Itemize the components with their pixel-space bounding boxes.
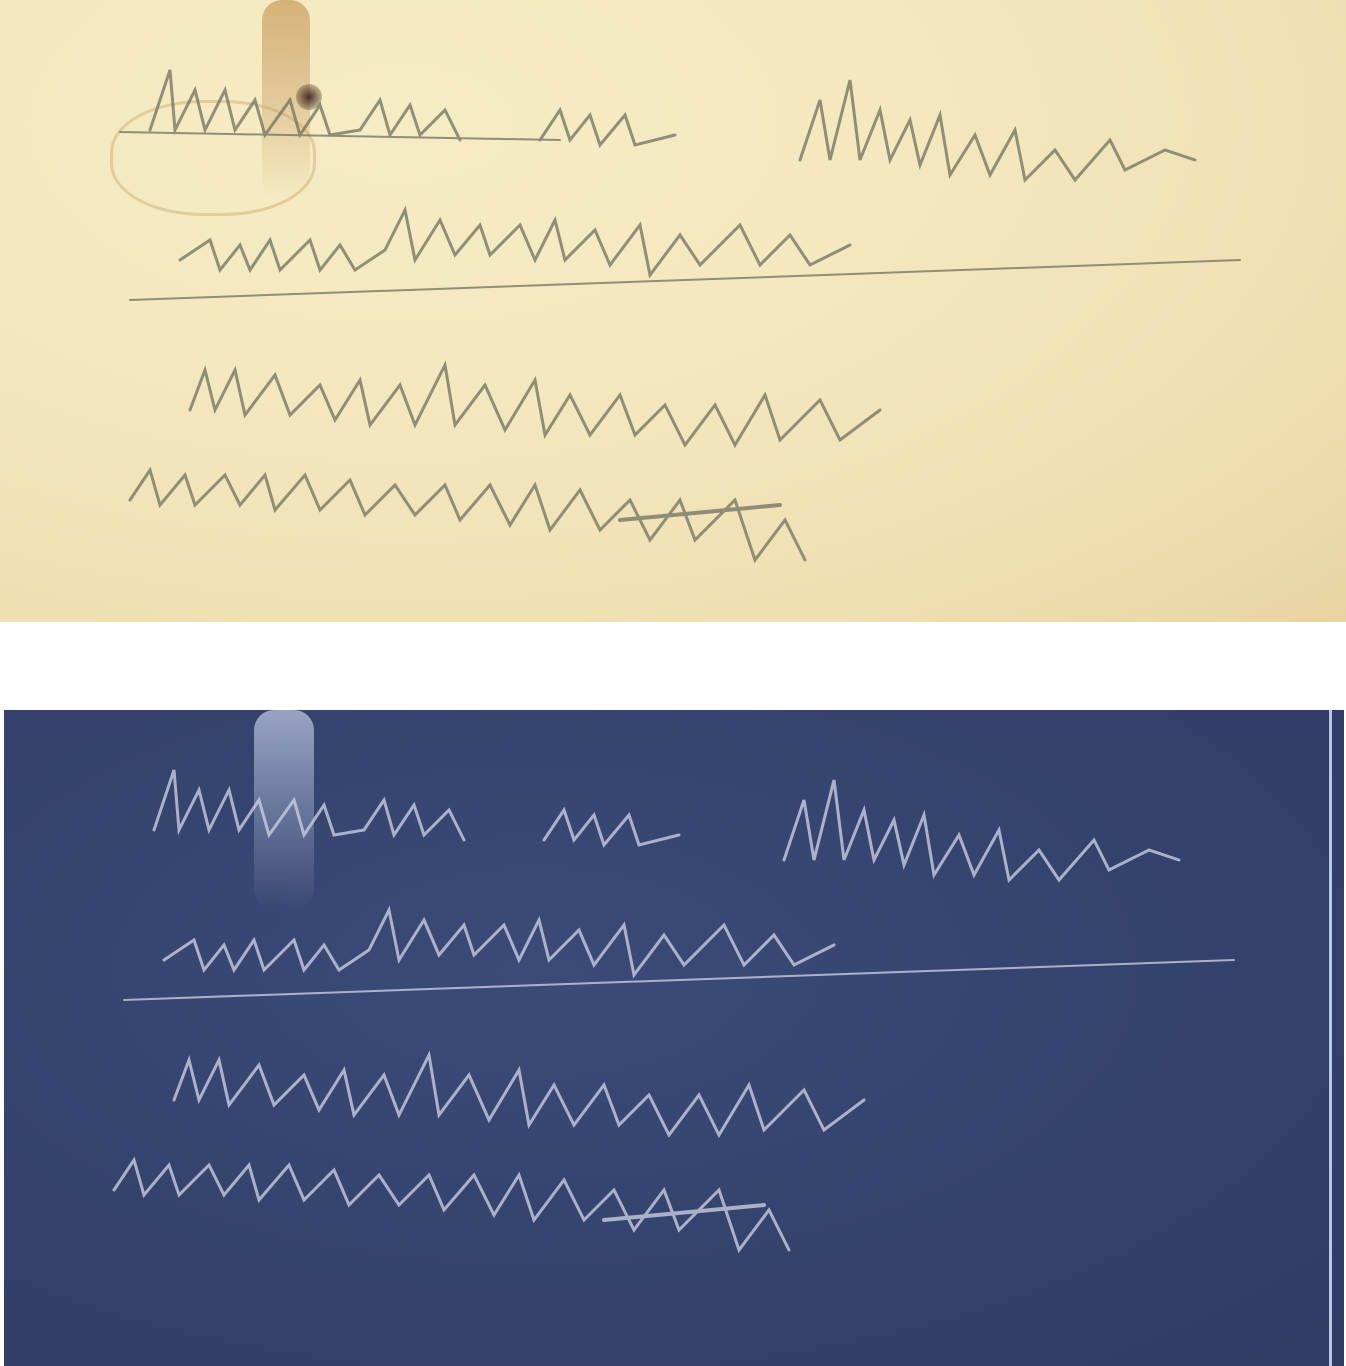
paper-edge-line [1329,710,1332,1366]
handwriting-strokes-inverted [4,710,1344,1366]
original-manuscript-panel [0,0,1346,622]
enhanced-manuscript-panel [4,710,1344,1366]
handwriting-strokes [0,0,1346,622]
